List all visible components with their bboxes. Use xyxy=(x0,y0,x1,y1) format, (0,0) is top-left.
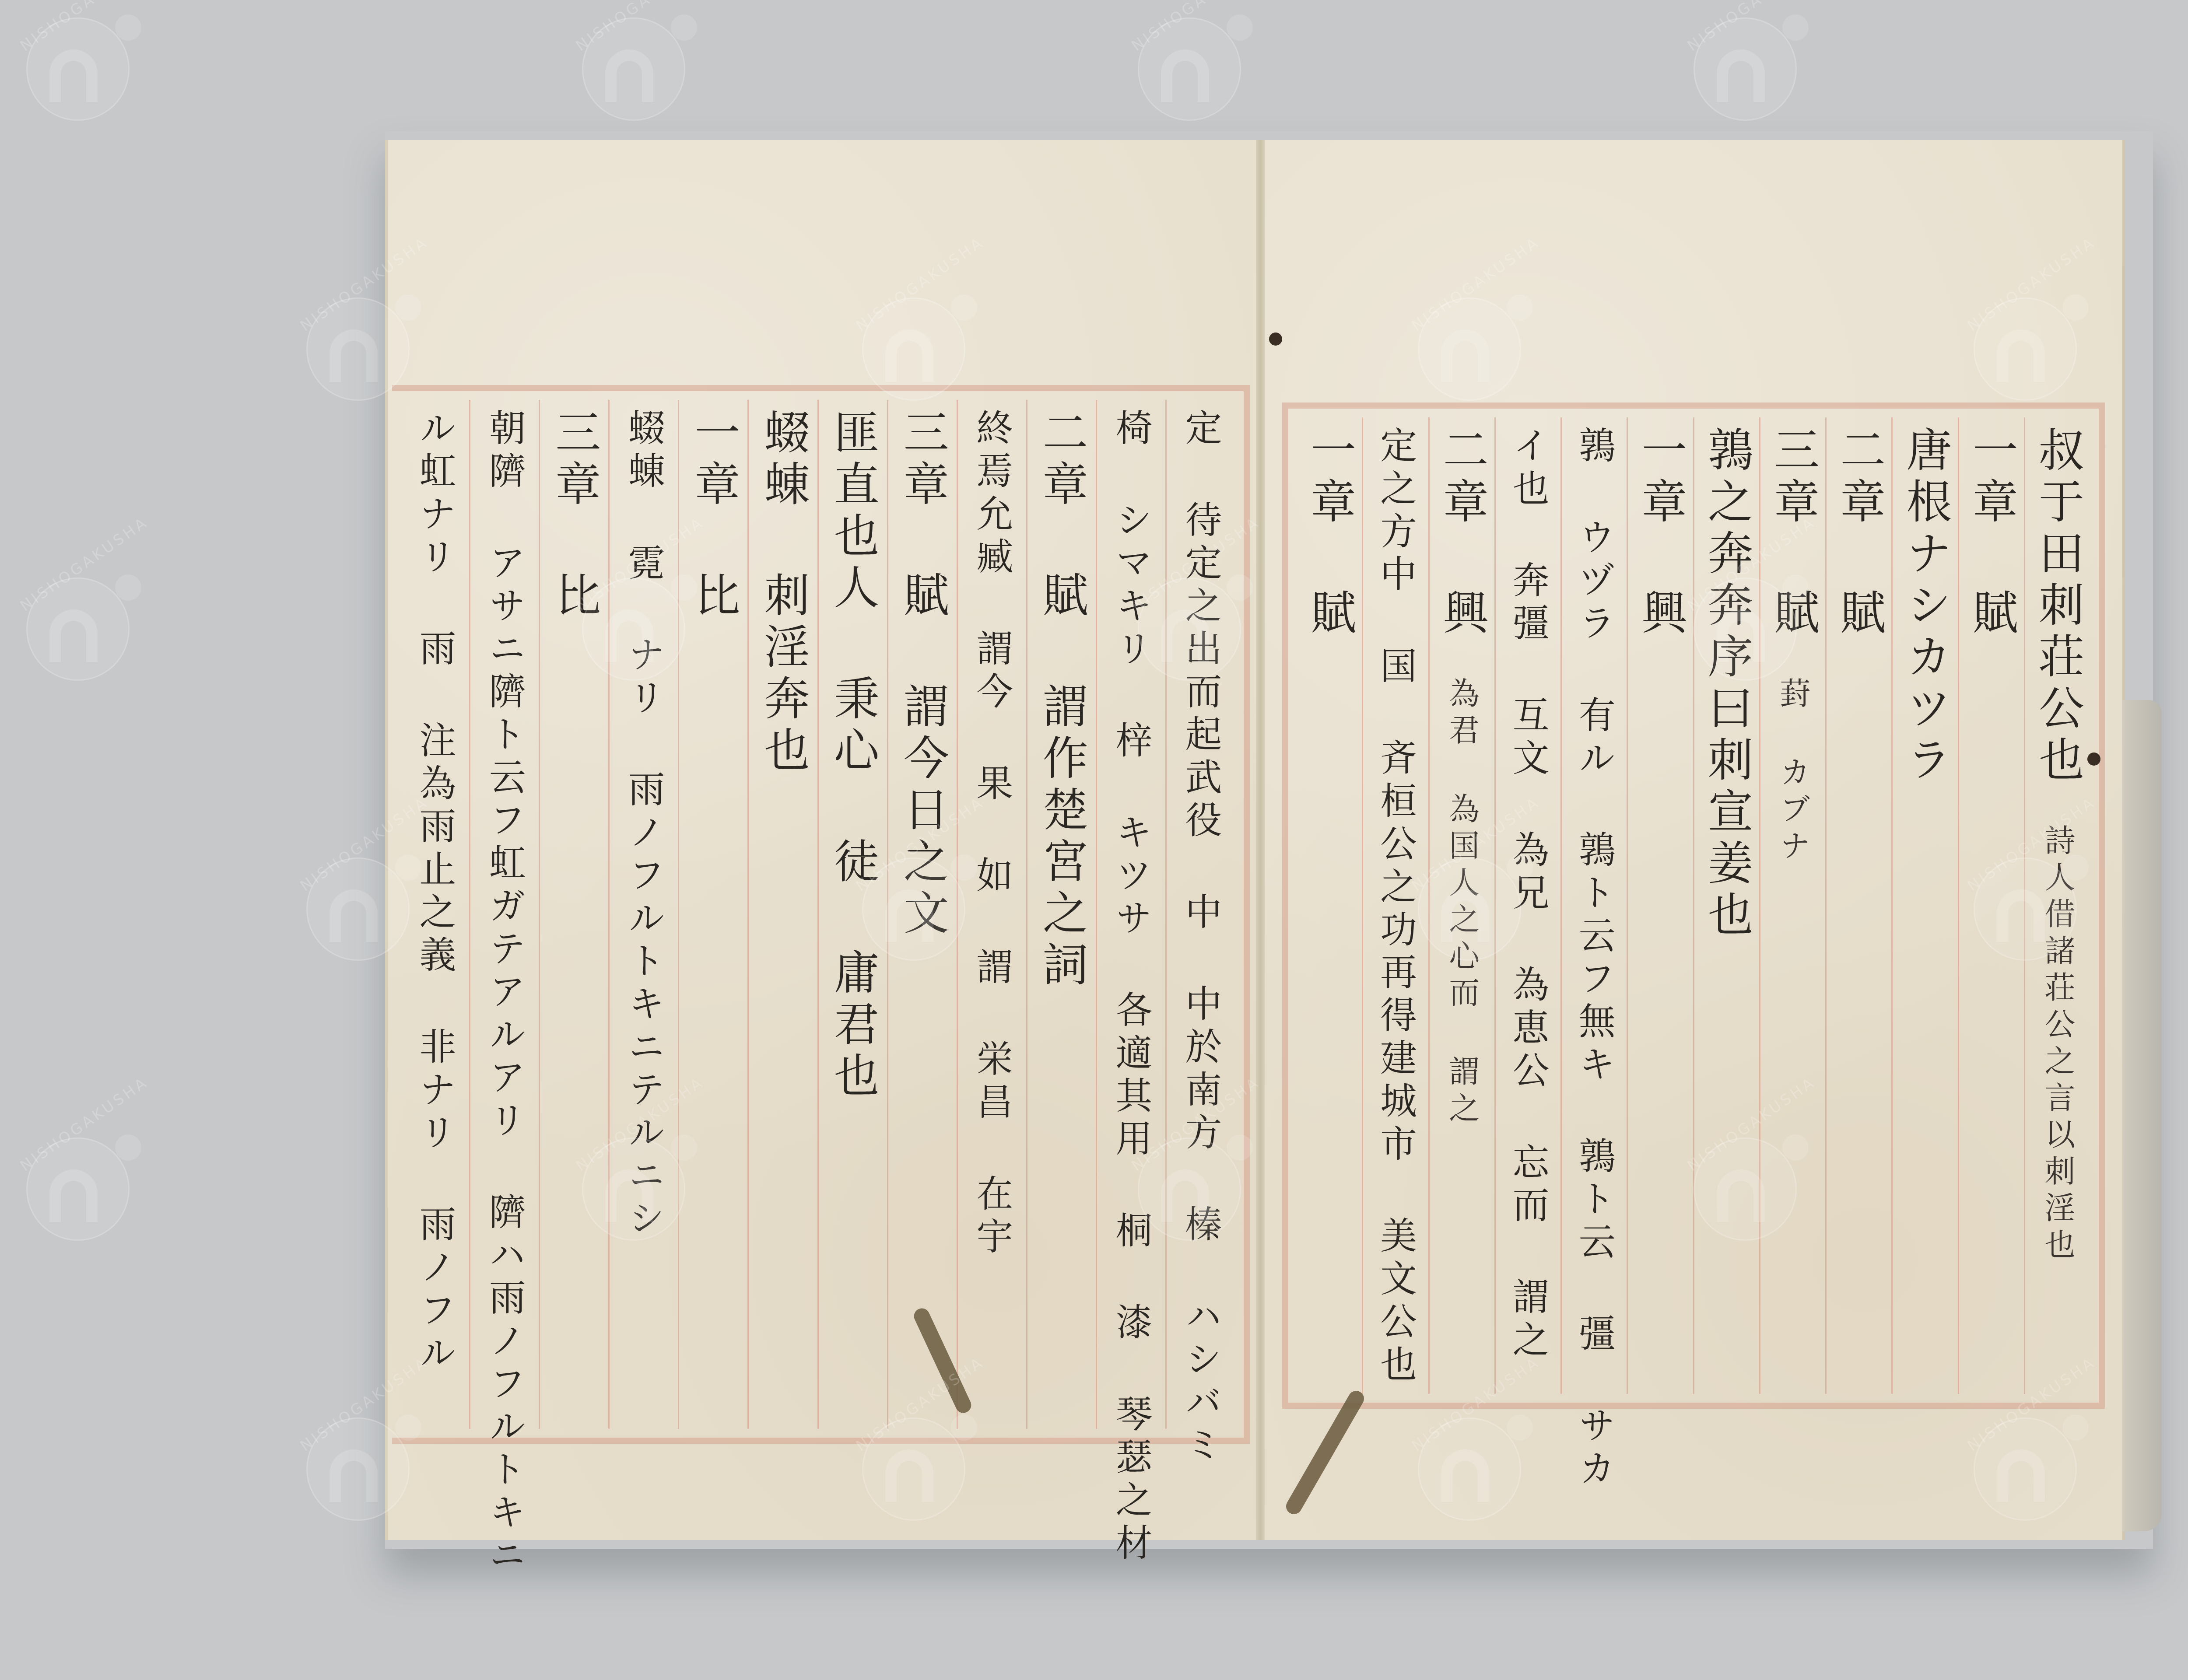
text-column: 三章 比 xyxy=(539,400,608,1429)
watermark-logo-icon: NISHOGAKUSHA xyxy=(1974,1417,2077,1521)
watermark-logo-icon: NISHOGAKUSHA xyxy=(26,1137,130,1241)
text-column: 終焉允臧 謂今 果 如 謂 栄昌 在宇 xyxy=(957,400,1026,1429)
text-column: 二章 賦 謂作楚宮之詞 xyxy=(1026,400,1096,1429)
watermark-logo-icon: NISHOGAKUSHA xyxy=(306,857,410,961)
right-page-columns: 叔于田刺荘公也 詩人借諸荘公之言以刺淫也一章 賦唐根ナシカツラ二章 賦三章 賦 … xyxy=(1297,417,2090,1394)
column-text: 匪直也人 秉心 徒 庸君也 xyxy=(830,409,876,1103)
watermark-logo-icon: NISHOGAKUSHA xyxy=(306,297,410,401)
watermark-label: NISHOGAKUSHA xyxy=(1129,0,1246,55)
watermark-logo-icon: NISHOGAKUSHA xyxy=(26,17,130,121)
watermark-logo-icon: NISHOGAKUSHA xyxy=(862,297,965,401)
column-text: 鶉 ウヅラ 有ル 鶉ト云フ無キ 鶉ト云 彊 サカ xyxy=(1576,426,1613,1492)
text-column: 一章 比 xyxy=(678,400,747,1429)
watermark-logo-icon: NISHOGAKUSHA xyxy=(862,857,965,961)
watermark-logo-icon: NISHOGAKUSHA xyxy=(582,1137,685,1241)
ink-dot xyxy=(2087,752,2100,766)
column-text: 鶉之奔奔序曰刺宣姜也 xyxy=(1704,426,1750,942)
column-text: 二章 賦 xyxy=(1836,426,1882,640)
text-column: 三章 賦 葑 カブナ xyxy=(1759,417,1825,1394)
text-column: ル虹ナリ 雨 注為雨止之義 非ナリ 雨ノフル xyxy=(401,400,469,1429)
column-text: 椅 シマキリ 梓 キツサ 各適其用 桐 漆 琴瑟之材 xyxy=(1113,409,1150,1566)
watermark-logo-icon: NISHOGAKUSHA xyxy=(582,577,685,681)
left-page-frame: 定 待定之出而起武役 中 中於南方 榛 ハシバミ椅 シマキリ 梓 キツサ 各適其… xyxy=(392,385,1250,1444)
text-column: 椅 シマキリ 梓 キツサ 各適其用 桐 漆 琴瑟之材 xyxy=(1096,400,1165,1429)
fore-edge xyxy=(2122,700,2162,1531)
watermark-logo-icon: NISHOGAKUSHA xyxy=(582,17,685,121)
open-book: 定 待定之出而起武役 中 中於南方 榛 ハシバミ椅 シマキリ 梓 キツサ 各適其… xyxy=(385,131,2153,1549)
column-text: 一章 賦 xyxy=(1307,426,1352,640)
left-page: 定 待定之出而起武役 中 中於南方 榛 ハシバミ椅 シマキリ 梓 キツサ 各適其… xyxy=(385,140,1259,1540)
watermark-logo-icon: NISHOGAKUSHA xyxy=(1138,17,1241,121)
column-annotation: 葑 カブナ xyxy=(1775,640,1811,866)
watermark-logo-icon: NISHOGAKUSHA xyxy=(1694,577,1797,681)
watermark-logo-icon: NISHOGAKUSHA xyxy=(26,577,130,681)
watermark-logo-icon: NISHOGAKUSHA xyxy=(1418,1417,1521,1521)
text-column: 唐根ナシカツラ xyxy=(1891,417,1957,1394)
watermark-label: NISHOGAKUSHA xyxy=(17,1085,135,1175)
watermark-logo-icon: NISHOGAKUSHA xyxy=(1974,857,2077,961)
watermark-logo-icon: NISHOGAKUSHA xyxy=(1138,1137,1241,1241)
watermark-logo-icon: NISHOGAKUSHA xyxy=(306,1417,410,1521)
column-text: 一章 賦 xyxy=(1969,426,2014,640)
text-column: 一章 賦 xyxy=(1297,417,1362,1394)
watermark-label: NISHOGAKUSHA xyxy=(17,525,135,615)
watermark-logo-icon: NISHOGAKUSHA xyxy=(1418,857,1521,961)
watermark-logo-icon: NISHOGAKUSHA xyxy=(1694,1137,1797,1241)
column-text: 定之方中 国 斉桓公之功再得建城市 美文公也 xyxy=(1377,426,1414,1388)
watermark-logo-icon: NISHOGAKUSHA xyxy=(862,1417,965,1521)
watermark-logo-icon: NISHOGAKUSHA xyxy=(1694,17,1797,121)
column-text: 唐根ナシカツラ xyxy=(1902,426,1948,787)
text-column: 鶉 ウヅラ 有ル 鶉ト云フ無キ 鶉ト云 彊 サカ xyxy=(1560,417,1627,1394)
column-text: 二章 賦 謂作楚宮之詞 xyxy=(1039,409,1084,992)
watermark-logo-icon: NISHOGAKUSHA xyxy=(1418,297,1521,401)
text-column: 朝隮 アサニ隮ト云フ虹ガテアルアリ 隮ハ雨ノフルトキニ xyxy=(469,400,539,1429)
text-column: 蝃蝀 刺淫奔也 xyxy=(747,400,817,1429)
text-column: 二章 賦 xyxy=(1825,417,1891,1394)
watermark-logo-icon: NISHOGAKUSHA xyxy=(1974,297,2077,401)
text-column: 一章 興 xyxy=(1627,417,1693,1394)
watermark-label: NISHOGAKUSHA xyxy=(17,0,135,55)
watermark-logo-icon: NISHOGAKUSHA xyxy=(1138,577,1241,681)
column-text: 一章 興 xyxy=(1637,426,1683,640)
column-text: 終焉允臧 謂今 果 如 謂 栄昌 在宇 xyxy=(974,409,1010,1260)
column-text: ル虹ナリ 雨 注為雨止之義 非ナリ 雨ノフル xyxy=(417,409,453,1376)
left-page-columns: 定 待定之出而起武役 中 中於南方 榛 ハシバミ椅 シマキリ 梓 キツサ 各適其… xyxy=(401,400,1235,1429)
column-text: 蝃蝀 刺淫奔也 xyxy=(760,409,806,778)
ink-dot xyxy=(1269,332,1282,346)
column-text: 朝隮 アサニ隮ト云フ虹ガテアルアリ 隮ハ雨ノフルトキニ xyxy=(486,409,523,1578)
book-gutter xyxy=(1256,140,1265,1540)
watermark-label: NISHOGAKUSHA xyxy=(1684,0,1802,55)
column-text: 二章 興 為君 為国人之心而 謂之 xyxy=(1439,426,1485,1129)
watermark-label: NISHOGAKUSHA xyxy=(573,0,691,55)
